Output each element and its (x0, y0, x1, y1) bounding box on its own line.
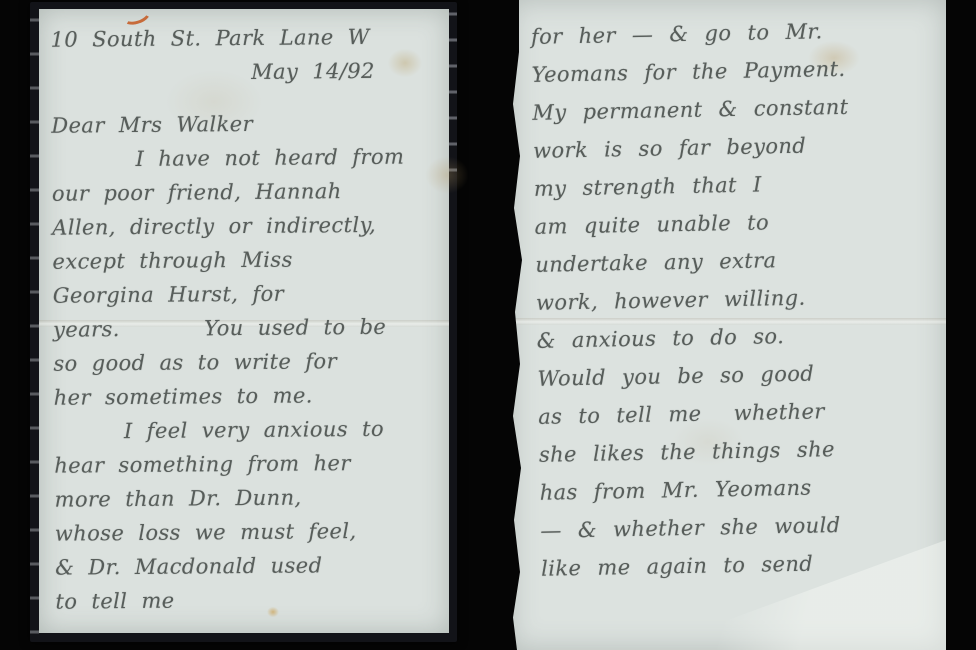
handwriting-line: more than Dr. Dunn, (54, 479, 442, 516)
handwriting-line: years. You used to be (53, 309, 441, 346)
letter-page-one-paper: 10 South St. Park Lane W May 14/92 Dear … (39, 9, 449, 633)
handwriting-line: her sometimes to me. (54, 377, 442, 414)
handwriting-line: I have not heard from (51, 139, 439, 176)
handwriting-line: 10 South St. Park Lane W (50, 19, 438, 56)
handwriting-line: like me again to send (541, 542, 942, 588)
handwriting-line: I feel very anxious to (54, 411, 442, 448)
letter-page-one: 10 South St. Park Lane W May 14/92 Dear … (30, 2, 457, 642)
handwriting-line: to tell me (55, 581, 443, 618)
handwriting-line: Allen, directly or indirectly, (52, 207, 440, 244)
handwriting-line-date: May 14/92 (51, 53, 439, 90)
handwriting-line-salutation: Dear Mrs Walker (51, 105, 439, 142)
handwriting-line: & Dr. Macdonald used (55, 547, 443, 584)
handwritten-text-page-one: 10 South St. Park Lane W May 14/92 Dear … (50, 19, 443, 618)
border-scuff-marks (30, 2, 39, 642)
letter-photo: 10 South St. Park Lane W May 14/92 Dear … (0, 0, 976, 650)
letter-page-two: for her — & go to Mr. Yeomans for the Pa… (510, 0, 946, 650)
handwriting-line: except through Miss (52, 241, 440, 278)
handwriting-line: Georgina Hurst, for (53, 275, 441, 312)
handwritten-text-page-two: for her — & go to Mr. Yeomans for the Pa… (531, 10, 942, 588)
handwriting-line: hear something from her (54, 445, 442, 482)
handwriting-line: our poor friend, Hannah (52, 173, 440, 210)
handwriting-line: whose loss we must feel, (55, 513, 443, 550)
handwriting-line: so good as to write for (53, 343, 441, 380)
